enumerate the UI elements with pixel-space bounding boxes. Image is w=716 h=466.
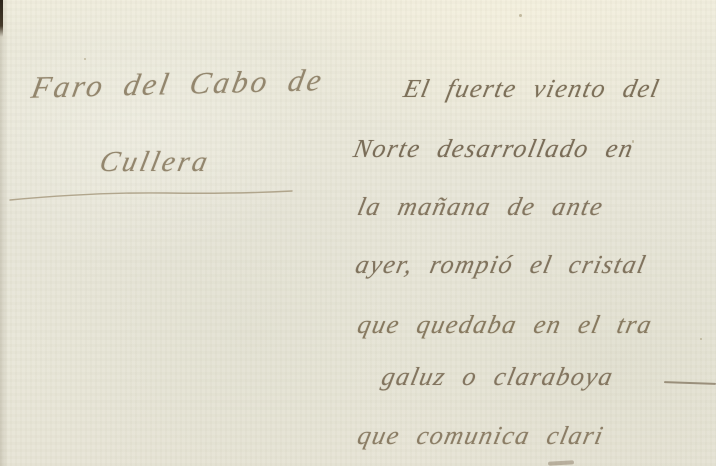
binding-mark xyxy=(0,0,3,37)
body-line: que comunica clari xyxy=(355,421,607,451)
heading-underline xyxy=(6,184,296,206)
left-edge-shadow xyxy=(0,0,8,466)
body-line: la mañana de ante xyxy=(355,192,607,222)
manuscript-page: Faro del Cabo de Cullera El fuerte vient… xyxy=(0,0,716,466)
heading-line-1: Faro del Cabo de xyxy=(14,62,342,106)
partial-next-line-stroke xyxy=(548,460,574,465)
body-line: que quedaba en el tra xyxy=(355,310,656,340)
body-line: ayer, rompió el cristal xyxy=(353,250,650,280)
body-line: galuz o claraboya xyxy=(379,362,617,392)
pen-flourish-dash xyxy=(664,381,716,385)
paper-speckle xyxy=(519,14,522,17)
heading-line-2: Cullera xyxy=(36,146,273,179)
paper-speckle xyxy=(84,58,86,60)
body-line: Norte desarrollado en xyxy=(351,134,637,164)
body-line: El fuerte viento del xyxy=(401,74,663,104)
paper-speckle xyxy=(700,338,702,340)
